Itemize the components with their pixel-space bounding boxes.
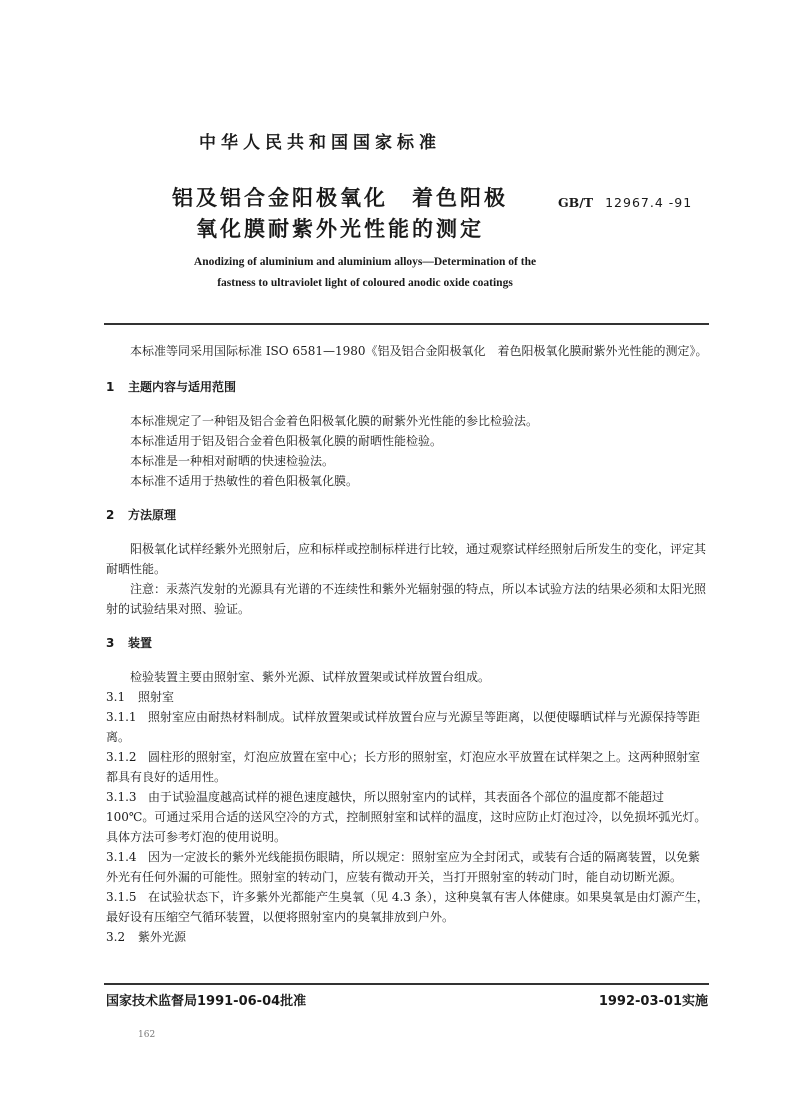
english-title-line1: Anodizing of aluminium and aluminium all… <box>130 256 600 268</box>
clause-3-1-5: 3.1.5在试验状态下，许多紫外光都能产生臭氧（见 4.3 条），这种臭氧有害人… <box>106 887 710 927</box>
intro-paragraph: 本标准等同采用国际标准 ISO 6581—1980《铝及铝合金阳极氧化 着色阳极… <box>106 341 710 361</box>
national-standard-heading: 中华人民共和国国家标准 <box>0 128 640 153</box>
paragraph: 本标准是一种相对耐晒的快速检验法。 <box>106 451 710 471</box>
paragraph: 检验装置主要由照射室、紫外光源、试样放置架或试样放置台组成。 <box>106 667 710 687</box>
document-title-line1: 铝及铝合金阳极氧化 着色阳极 <box>130 182 550 212</box>
clause-3-1-2: 3.1.2圆柱形的照射室，灯泡应放置在室中心；长方形的照射室，灯泡应水平放置在试… <box>106 747 710 787</box>
clause-3-1-4: 3.1.4因为一定波长的紫外光线能损伤眼睛，所以规定：照射室应为全封闭式，或装有… <box>106 847 710 887</box>
clause-3-1-3: 3.1.3由于试验温度越高试样的褪色速度越快，所以照射室内的试样，其表面各个部位… <box>106 787 710 847</box>
section-1-content: 本标准规定了一种铝及铝合金着色阳极氧化膜的耐紫外光性能的参比检验法。 本标准适用… <box>106 411 710 491</box>
page-number: 162 <box>138 1030 155 1040</box>
paragraph: 本标准规定了一种铝及铝合金着色阳极氧化膜的耐紫外光性能的参比检验法。 <box>106 411 710 431</box>
approval-date: 国家技术监督局1991-06-04批准 <box>106 990 306 1009</box>
document-body: 本标准等同采用国际标准 ISO 6581—1980《铝及铝合金阳极氧化 着色阳极… <box>106 341 710 947</box>
english-title-line2: fastness to ultraviolet light of coloure… <box>130 277 600 289</box>
subsection-heading-3-2: 3.2紫外光源 <box>106 927 710 947</box>
paragraph: 本标准适用于铝及铝合金着色阳极氧化膜的耐晒性能检验。 <box>106 431 710 451</box>
paragraph: 注意：汞蒸汽发射的光源具有光谱的不连续性和紫外光辐射强的特点，所以本试验方法的结… <box>106 579 710 619</box>
clause-3-1-1: 3.1.1照射室应由耐热材料制成。试样放置架或试样放置台应与光源呈等距离，以便使… <box>106 707 710 747</box>
paragraph: 本标准不适用于热敏性的着色阳极氧化膜。 <box>106 471 710 491</box>
standard-code-number: 12967.4 -91 <box>605 195 692 210</box>
section-2-content: 阳极氧化试样经紫外光照射后，应和标样或控制标样进行比较，通过观察试样经照射后所发… <box>106 539 710 619</box>
implementation-date: 1992-03-01实施 <box>599 990 708 1009</box>
document-title-line2: 氧化膜耐紫外光性能的测定 <box>130 213 550 243</box>
top-divider <box>104 323 709 325</box>
subsection-heading-3-1: 3.1照射室 <box>106 687 710 707</box>
section-heading-3: 3装置 <box>106 633 710 653</box>
standard-code: GB/T12967.4 -91 <box>558 195 692 210</box>
standard-code-prefix: GB/T <box>558 195 593 210</box>
section-3-content: 检验装置主要由照射室、紫外光源、试样放置架或试样放置台组成。 <box>106 667 710 687</box>
paragraph: 阳极氧化试样经紫外光照射后，应和标样或控制标样进行比较，通过观察试样经照射后所发… <box>106 539 710 579</box>
section-heading-1: 1主题内容与适用范围 <box>106 377 710 397</box>
bottom-divider <box>104 983 709 985</box>
section-heading-2: 2方法原理 <box>106 505 710 525</box>
